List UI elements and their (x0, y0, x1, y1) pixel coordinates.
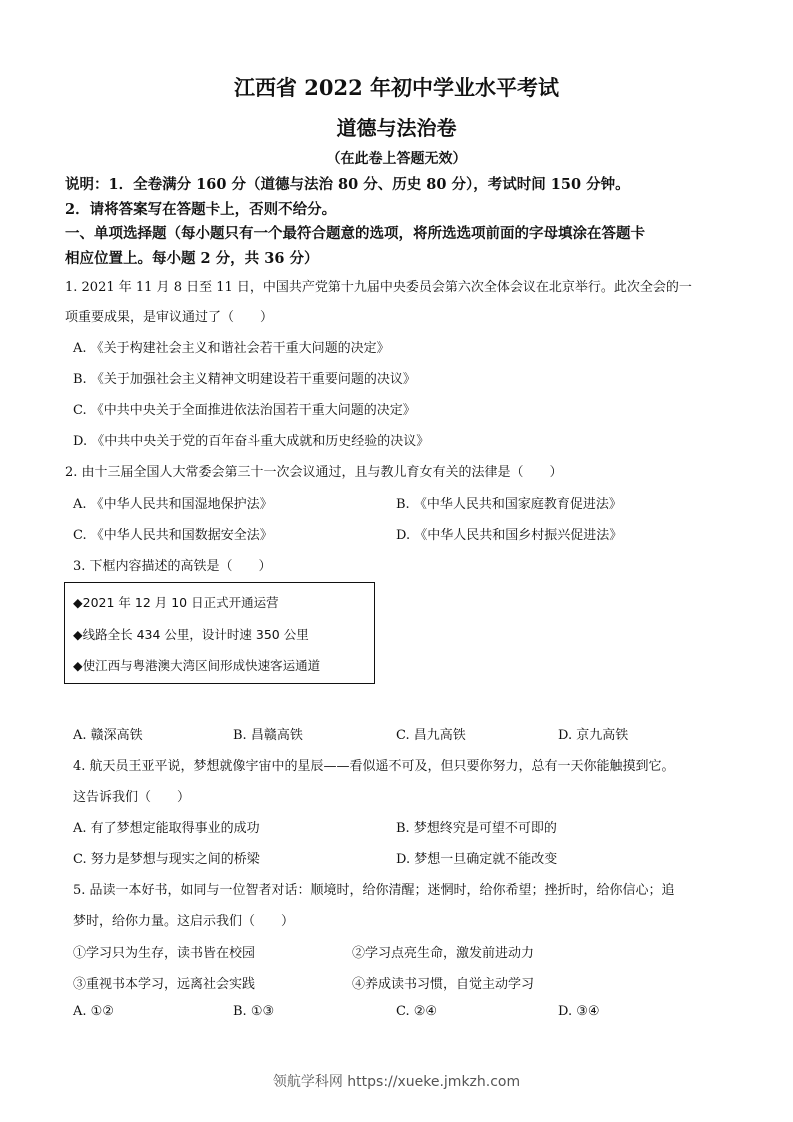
question-5-option-c: C. ②④ (396, 1004, 437, 1019)
info-box-line-2: ◆线路全长 434 公里，设计时速 350 公里 (73, 625, 309, 643)
question-1-option-c: C. 《中共中央关于全面推进依法治国若干重大问题的决定》 (73, 399, 416, 418)
question-3-option-c: C. 昌九高铁 (396, 724, 466, 743)
question-4-option-a: A. 有了梦想定能取得事业的成功 (73, 817, 260, 836)
question-4-stem-line-2: 这告诉我们（ ） (73, 786, 190, 805)
exam-subtitle: 道德与法治卷 (0, 112, 793, 141)
question-2-option-a: A. 《中华人民共和国湿地保护法》 (73, 493, 273, 512)
info-box-line-1: ◆2021 年 12 月 10 日正式开通运营 (73, 593, 279, 611)
question-3-option-b: B. 昌赣高铁 (233, 724, 303, 743)
exam-title: 江西省 2022 年初中学业水平考试 (0, 72, 793, 102)
question-5-stem-line-1: 5. 品读一本好书，如同与一位智者对话：顺境时，给你清醒；迷惘时，给你希望；挫折… (73, 879, 675, 898)
question-1-option-b: B. 《关于加强社会主义精神文明建设若干重要问题的决议》 (73, 368, 416, 387)
question-2-option-c: C. 《中华人民共和国数据安全法》 (73, 524, 273, 543)
instruction-line-2: 2．请将答案写在答题卡上，否则不给分。 (65, 198, 336, 219)
question-5-stem-line-2: 梦时，给你力量。这启示我们（ ） (73, 910, 294, 929)
question-5-statement-1: ①学习只为生存，读书皆在校园 (73, 942, 255, 961)
question-5-statement-2: ②学习点亮生命，激发前进动力 (352, 942, 534, 961)
question-5-option-b: B. ①③ (233, 1004, 274, 1019)
question-4-option-d: D. 梦想一旦确定就不能改变 (396, 848, 557, 867)
question-5-statement-3: ③重视书本学习，远离社会实践 (73, 973, 255, 992)
question-5-option-a: A. ①② (73, 1004, 114, 1019)
question-2-stem: 2. 由十三届全国人大常委会第三十一次会议通过，且与教儿育女有关的法律是（ ） (65, 461, 563, 480)
question-3-option-a: A. 赣深高铁 (73, 724, 143, 743)
question-3-info-box: ◆2021 年 12 月 10 日正式开通运营 ◆线路全长 434 公里，设计时… (64, 582, 375, 684)
question-3-stem: 3. 下框内容描述的高铁是（ ） (73, 555, 272, 574)
info-box-line-3: ◆使江西与粤港澳大湾区间形成快速客运通道 (73, 656, 320, 674)
question-5-option-d: D. ③④ (558, 1004, 600, 1019)
question-1-stem-line-2: 项重要成果，是审议通过了（ ） (65, 306, 273, 325)
instruction-line-1: 说明：1．全卷满分 160 分（道德与法治 80 分、历史 80 分），考试时间… (65, 173, 630, 194)
question-4-option-c: C. 努力是梦想与现实之间的桥梁 (73, 848, 260, 867)
section-heading-line-2: 相应位置上。每小题 2 分，共 36 分） (65, 247, 318, 268)
section-heading-line-1: 一、单项选择题（每小题只有一个最符合题意的选项，将所选选项前面的字母填涂在答题卡 (65, 222, 645, 243)
question-1-option-a: A. 《关于构建社会主义和谐社会若干重大问题的决定》 (73, 337, 390, 356)
question-3-option-d: D. 京九高铁 (558, 724, 628, 743)
question-1-stem-line-1: 1. 2021 年 11 月 8 日至 11 日，中国共产党第十九届中央委员会第… (65, 276, 692, 295)
exam-note: （在此卷上答题无效） (0, 148, 793, 168)
question-5-statement-4: ④养成读书习惯，自觉主动学习 (352, 973, 534, 992)
question-4-stem-line-1: 4. 航天员王亚平说，梦想就像宇宙中的星辰——看似遥不可及，但只要你努力，总有一… (73, 755, 675, 774)
question-2-option-b: B. 《中华人民共和国家庭教育促进法》 (396, 493, 622, 512)
footer-watermark: 领航学科网 https://xueke.jmkzh.com (0, 1071, 793, 1091)
question-1-option-d: D. 《中共中央关于党的百年奋斗重大成就和历史经验的决议》 (73, 430, 429, 449)
question-2-option-d: D. 《中华人民共和国乡村振兴促进法》 (396, 524, 622, 543)
question-4-option-b: B. 梦想终究是可望不可即的 (396, 817, 557, 836)
